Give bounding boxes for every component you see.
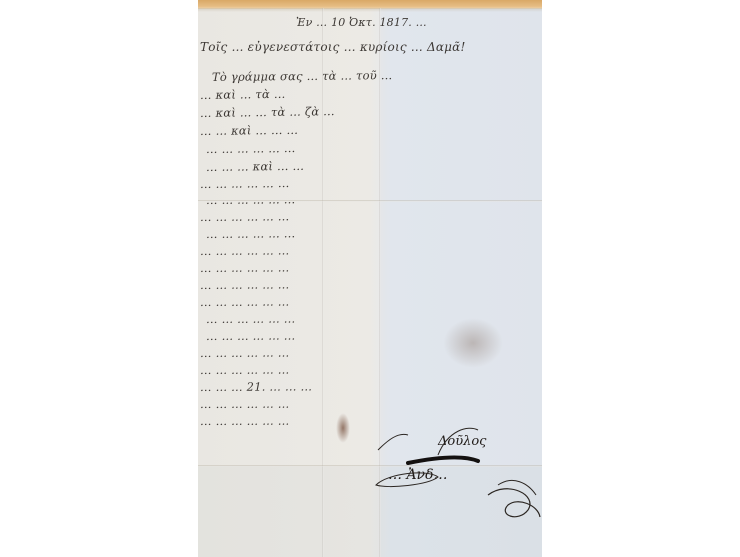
letter-line: … … … … … …: [200, 363, 290, 377]
letter-line: … … … … … …: [200, 176, 290, 191]
letter-line: … … … … … …: [206, 312, 296, 326]
letter-line: … … … … … …: [200, 346, 290, 360]
letter-line: … … … … … …: [206, 329, 296, 343]
fold-line-vertical-center: [379, 8, 381, 557]
letter-dateline: Ἐν … 10 Ὀκτ. 1817. …: [296, 16, 427, 29]
letter-line: … … … … … …: [200, 209, 290, 224]
letter-line: … … … 21. … … …: [200, 379, 312, 394]
wax-stain: [336, 413, 350, 443]
letter-line: … … … … … …: [200, 243, 290, 258]
letter-line: … … … … … …: [206, 192, 296, 207]
letter-line: … … … … … …: [200, 277, 290, 292]
ink-stain: [443, 318, 503, 368]
letter-closing: Δοῦλος: [438, 434, 486, 449]
letter-line: … … … … … …: [200, 260, 290, 275]
letter-line: … … … … … …: [200, 397, 290, 411]
fold-line-vertical-left: [322, 8, 324, 557]
letter-salutation: Τοῖς … εὐγενεστάτοις … κυρίοις … Δαμᾶ!: [200, 40, 466, 54]
paper-lower-panel: [198, 466, 542, 557]
fold-line-horizontal-lower: [198, 465, 542, 467]
letter-line: … … … … … …: [206, 141, 296, 156]
letter-line: … … … … … …: [200, 295, 290, 309]
letter-line: … … … καὶ … …: [206, 159, 304, 174]
letter-signature: … Ἀνδ…: [388, 467, 448, 483]
letter-photograph: Ἐν … 10 Ὀκτ. 1817. … Τοῖς … εὐγενεστάτοι…: [198, 0, 542, 557]
letter-line: … καὶ … τὰ …: [200, 87, 286, 102]
letter-line: … … … … … …: [200, 414, 290, 428]
letter-line: … καὶ … … τὰ … ζὰ …: [200, 104, 335, 120]
letter-line: … … καὶ … … …: [200, 123, 298, 138]
letter-line: Τὸ γράμμα σας … τὰ … τοῦ …: [212, 68, 393, 84]
letter-line: … … … … … …: [206, 226, 296, 241]
